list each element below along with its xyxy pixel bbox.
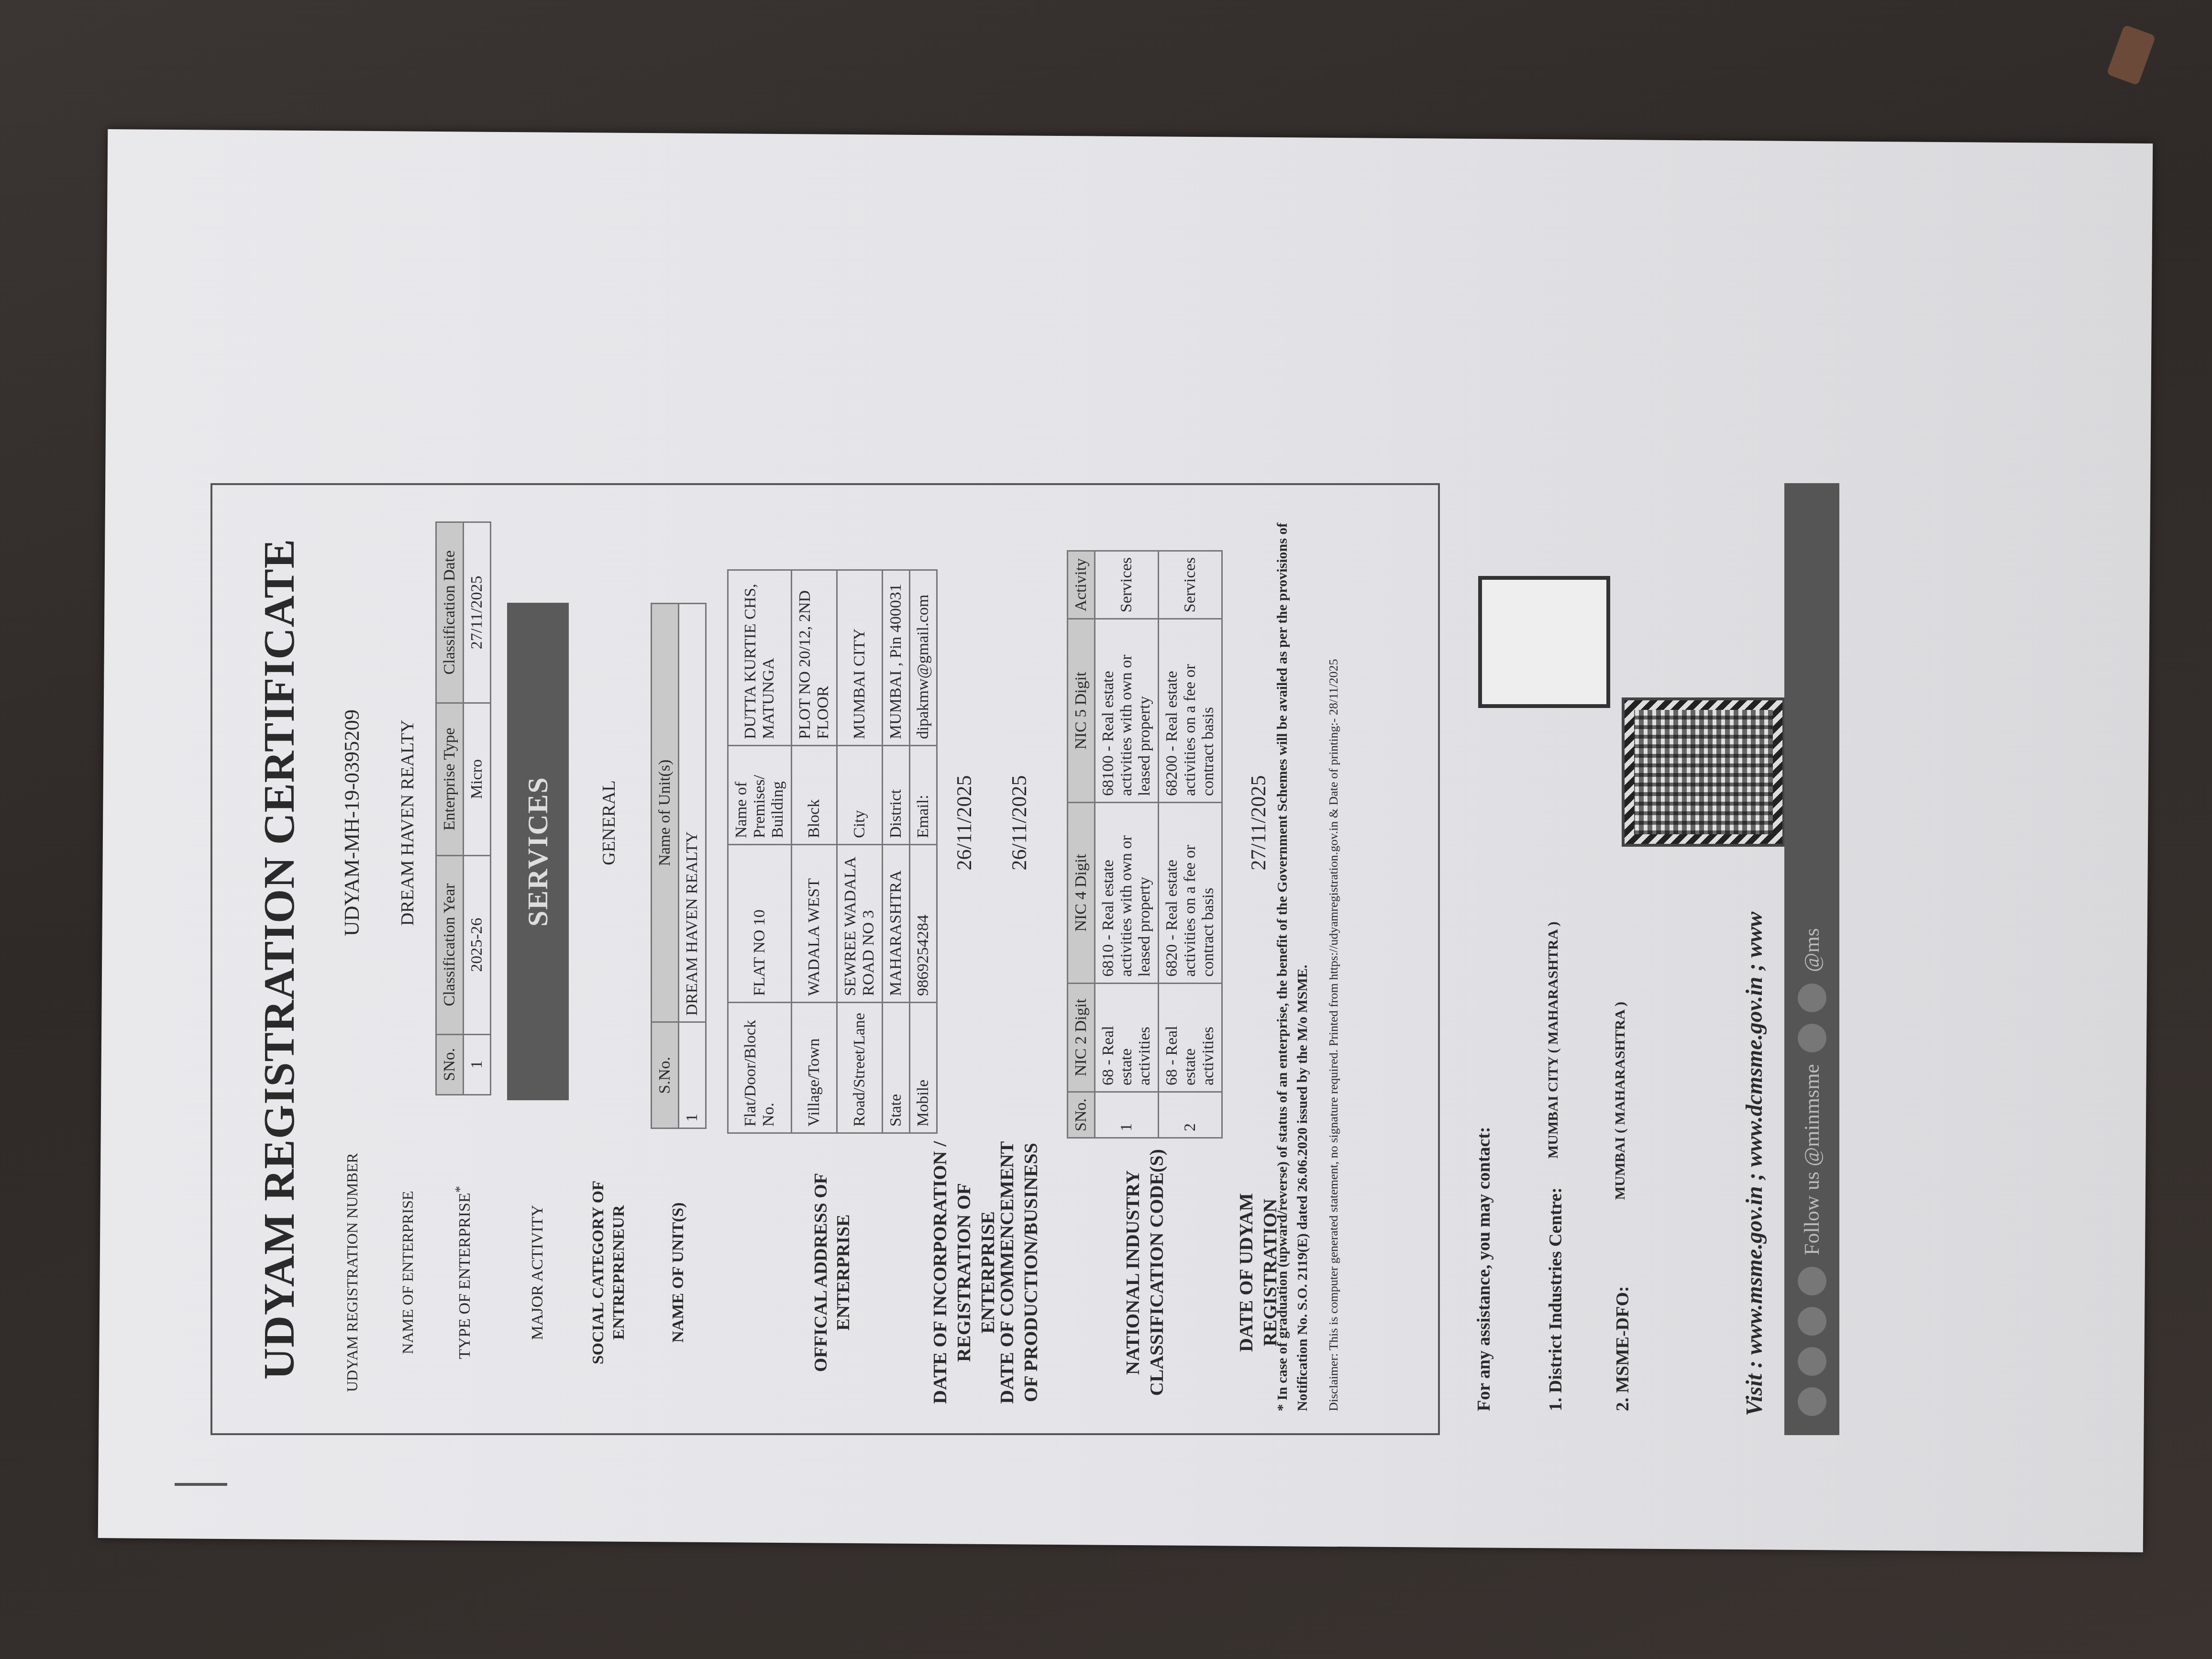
major-activity-label: MAJOR ACTIVITY [528,1139,548,1406]
contact-dfo-value: MUMBAI ( MAHARASHTRA ) [1612,1002,1633,1200]
social-icon [1798,1267,1826,1295]
nic-label: NATIONAL INDUSTRY CLASSIFICATION CODE(S) [1121,1139,1169,1406]
table-cell: 1 [679,1022,706,1128]
commencement-date: 26/11/2025 [1007,507,1031,1139]
table-cell: 1 [1095,1092,1159,1138]
table-cell: FLAT NO 10 [728,845,792,1003]
address-label: OFFICAL ADDRESS OF ENTERPRISE [810,1139,855,1406]
table-row: Flat/Door/Block No.FLAT NO 10Name of Pre… [728,570,792,1133]
table-row: StateMAHARASHTRADistrictMUMBAI , Pin 400… [883,570,910,1133]
certificate-container: UDYAM REGISTRATION CERTIFICATE UDYAM REG… [210,483,1894,1435]
units-table-wrap: S.No.Name of Unit(s)1DREAM HAVEN REALTY [651,507,707,1139]
enterprise-name: DREAM HAVEN REALTY [397,507,418,1139]
qr-code [1622,697,1785,847]
table-row: 1DREAM HAVEN REALTY [679,604,706,1128]
table-header: SNo. [436,1034,464,1095]
table-cell: DREAM HAVEN REALTY [679,604,706,1022]
table-cell: PLOT NO 20/12, 2ND FLOOR [792,570,837,746]
table-cell: Micro [464,703,491,855]
table-header: S.No. [652,1022,679,1128]
table-cell: MAHARASHTRA [883,845,910,1003]
table-cell: Flat/Door/Block No. [728,1002,792,1133]
table-cell: SEWREE WADALA ROAD NO 3 [837,845,883,1003]
table-cell: Services [1095,551,1159,619]
table-cell: District [883,746,910,845]
type-label: TYPE OF ENTERPRISE* [452,1139,476,1406]
registration-number: UDYAM-MH-19-0395209 [340,507,364,1139]
table-cell: Services [1159,551,1222,619]
table-row: 168 - Real estate activities6810 - Real … [1095,551,1159,1138]
footer-bar: Follow us @minmsme @ms [1784,483,1839,1435]
table-cell: DUTTA KURTIE CHS, MATUNGA [728,570,792,746]
table-header: Activity [1068,551,1095,619]
major-activity-value: SERVICES [507,603,569,1100]
table-cell: Name of Premises/ Building [728,746,792,845]
contact-dic: 1. District Industries Centre: MUMBAI CI… [1545,922,1566,1411]
nic-table-wrap: SNo.NIC 2 DigitNIC 4 DigitNIC 5 DigitAct… [1067,507,1223,1139]
enterprise-name-label: NAME OF ENTERPRISE [398,1139,417,1406]
social-icon [1798,1307,1826,1336]
incorporation-date: 26/11/2025 [952,507,976,1139]
table-header: SNo. [1068,1092,1095,1138]
table-cell: 68 - Real estate activities [1159,983,1222,1092]
footnote: * In case of graduation (upward/reverse)… [1272,502,1313,1411]
table-header: NIC 5 Digit [1068,619,1095,803]
contact-dic-label: 1. District Industries Centre: [1545,1187,1566,1411]
social-category: GENERAL [598,507,619,1139]
table-cell: MUMBAI CITY [837,570,883,746]
table-cell: 1 [464,1034,491,1095]
units-label: NAME OF UNIT(S) [668,1139,689,1406]
table-cell: 2025-26 [464,855,491,1034]
incorporation-label: DATE OF INCORPORATION / REGISTRATION OF … [928,1139,1000,1406]
table-header: Classification Date [436,522,464,703]
table-cell: 6820 - Real estate activities on a fee o… [1159,802,1222,983]
table-cell: 6810 - Real estate activities with own o… [1095,802,1159,983]
nic-table: SNo.NIC 2 DigitNIC 4 DigitNIC 5 DigitAct… [1067,550,1223,1139]
social-category-label: SOCIAL CATEGORY OF ENTREPRENEUR [588,1139,629,1406]
table-cell: 68 - Real estate activities [1095,983,1159,1092]
registration-number-label: UDYAM REGISTRATION NUMBER [343,1139,362,1406]
contact-dfo-label: 2. MSME-DFO: [1612,1286,1633,1411]
type-table-wrap: SNo.Classification YearEnterprise TypeCl… [435,507,491,1139]
social-icon [1798,1024,1826,1052]
binder-clip [2106,24,2156,85]
udyam-date: 27/11/2025 [1246,507,1271,1139]
paper-mark [175,1483,227,1486]
assistance-heading: For any assistance, you may contact: [1473,1127,1494,1411]
table-row: Village/TownWADALA WESTBlockPLOT NO 20/1… [792,570,837,1133]
contact-dfo: 2. MSME-DFO: MUMBAI ( MAHARASHTRA ) [1612,1002,1633,1411]
table-cell: State [883,1002,910,1133]
visit-links: Visit : www.msme.gov.in ; www.dcmsme.gov… [1741,912,1768,1416]
disclaimer: Disclaimer: This is computer generated s… [1325,502,1342,1411]
table-cell: MUMBAI , Pin 400031 [883,570,910,746]
table-cell: Village/Town [792,1002,837,1133]
certificate: UDYAM REGISTRATION CERTIFICATE UDYAM REG… [210,483,1894,1435]
certificate-title: UDYAM REGISTRATION CERTIFICATE [254,483,304,1435]
footer-follow-text: Follow us @minmsme [1800,1064,1824,1255]
social-icon [1798,1387,1826,1416]
contact-dic-value: MUMBAI CITY ( MAHARASHTRA ) [1545,922,1566,1159]
type-table: SNo.Classification YearEnterprise TypeCl… [435,521,491,1095]
social-icon [1798,1347,1826,1376]
units-table: S.No.Name of Unit(s)1DREAM HAVEN REALTY [651,603,707,1129]
address-table: Flat/Door/Block No.FLAT NO 10Name of Pre… [727,569,938,1134]
table-cell: 2 [1159,1092,1222,1138]
table-row: Road/Street/LaneSEWREE WADALA ROAD NO 3C… [837,570,883,1133]
table-cell: City [837,746,883,845]
social-icon [1798,984,1826,1012]
footer-handle: @ms [1800,928,1824,972]
table-cell: 68200 - Real estate activities on a fee … [1159,619,1222,803]
table-cell: Road/Street/Lane [837,1002,883,1133]
photo-box [1478,576,1610,708]
table-cell: 27/11/2025 [464,522,491,703]
table-cell: WADALA WEST [792,845,837,1003]
table-cell: Block [792,746,837,845]
table-header: Enterprise Type [436,703,464,855]
table-header: Name of Unit(s) [652,604,679,1022]
table-header: NIC 2 Digit [1068,983,1095,1092]
table-header: NIC 4 Digit [1068,802,1095,983]
commencement-label: DATE OF COMMENCEMENT OF PRODUCTION/BUSIN… [995,1139,1043,1406]
table-row: 12025-26Micro27/11/2025 [464,522,491,1095]
table-row: 268 - Real estate activities6820 - Real … [1159,551,1222,1138]
address-table-wrap: Flat/Door/Block No.FLAT NO 10Name of Pre… [727,507,938,1139]
table-header: Classification Year [436,855,464,1034]
table-cell: 68100 - Real estate activities with own … [1095,619,1159,803]
